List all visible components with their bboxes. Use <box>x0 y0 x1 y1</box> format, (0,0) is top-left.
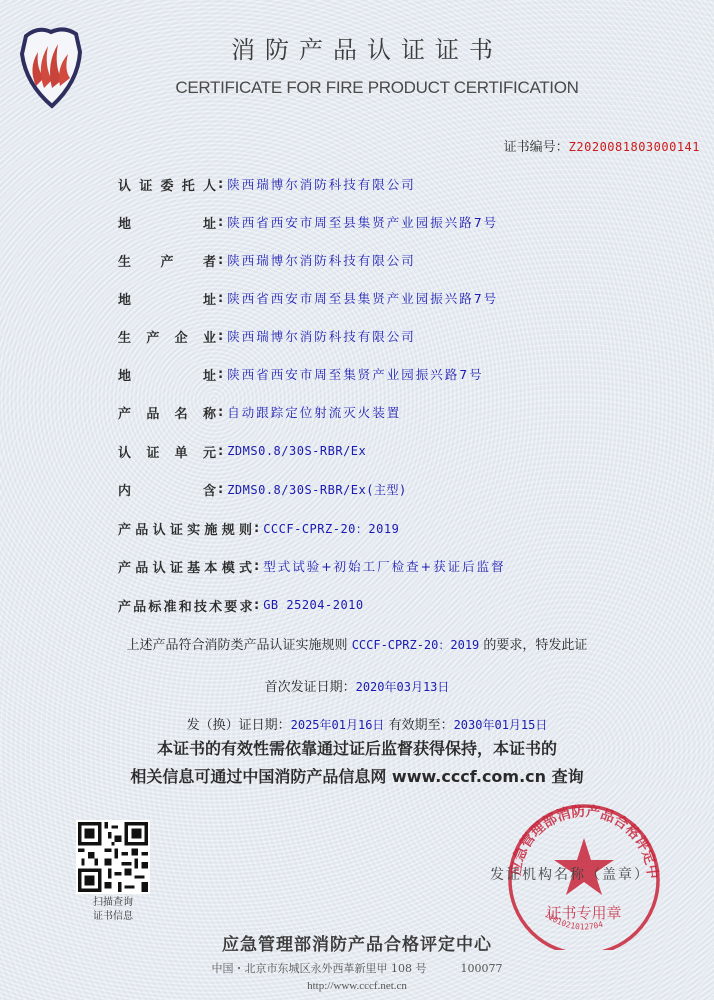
field-label: 生产企业 <box>118 327 216 346</box>
field-cert-mode: 产品认证基本模式:型式试验+初始工厂检查+获证后监督 <box>118 555 506 577</box>
issuing-organization: 应急管理部消防产品合格评定中心 <box>0 930 714 955</box>
first-issue-value: 2020年03月13日 <box>356 680 450 694</box>
statement-prefix: 上述产品符合消防类产品认证实施规则 <box>127 638 352 653</box>
field-colon: : <box>254 559 259 574</box>
field-colon: : <box>218 177 223 192</box>
field-label: 认证单元 <box>118 442 216 461</box>
field-label: 产品认证实施规则 <box>118 519 252 538</box>
qr-caption-line2: 证书信息 <box>76 910 150 924</box>
validity-note-line2: 相关信息可通过中国消防产品信息网 www.cccf.com.cn 查询 <box>0 764 714 787</box>
organization-address: 中国・北京市东城区永外西革新里甲 108 号100077 <box>0 960 714 976</box>
issue-date-label: 发（换）证日期： <box>187 718 291 733</box>
statement-suffix: 的要求，特发此证 <box>479 638 587 653</box>
field-colon: : <box>218 482 223 497</box>
field-colon: : <box>218 215 223 230</box>
field-label: 产品名称 <box>118 403 216 422</box>
field-applicant: 认证委托人:陕西瑞博尔消防科技有限公司 <box>118 173 416 195</box>
qr-code[interactable] <box>76 820 150 894</box>
field-colon: : <box>218 444 223 459</box>
field-value: ZDMS0.8/30S-RBR/Ex(主型) <box>227 481 407 498</box>
field-label: 认证委托人 <box>118 175 216 194</box>
field-value: 陕西省西安市周至县集贤产业园振兴路7号 <box>227 213 498 231</box>
field-colon: : <box>254 521 259 536</box>
field-label: 生产者 <box>118 251 216 270</box>
field-cert-unit: 认证单元:ZDMS0.8/30S-RBR/Ex <box>118 440 366 462</box>
address-text: 中国・北京市东城区永外西革新里甲 108 号 <box>212 962 427 975</box>
field-value: ZDMS0.8/30S-RBR/Ex <box>227 444 366 458</box>
field-label: 内含 <box>118 480 216 499</box>
field-producer: 生产者:陕西瑞博尔消防科技有限公司 <box>118 249 416 271</box>
field-value: GB 25204-2010 <box>263 598 363 612</box>
first-issue-date: 首次发证日期：2020年03月13日 <box>0 676 714 695</box>
certificate-number-value: Z2020081803000141 <box>569 140 700 154</box>
first-issue-label: 首次发证日期： <box>265 680 356 695</box>
field-label: 产品标准和技术要求 <box>118 596 252 615</box>
field-standard: 产品标准和技术要求:GB 25204-2010 <box>118 594 364 616</box>
field-manufacturer-address: 地址:陕西省西安市周至集贤产业园振兴路7号 <box>118 363 484 385</box>
validity-note-line1: 本证书的有效性需依靠通过证后监督获得保持，本证书的 <box>0 736 714 759</box>
field-value: CCCF-CPRZ-20：2019 <box>263 520 399 537</box>
field-label: 产品认证基本模式 <box>118 557 252 576</box>
statement-rule: CCCF-CPRZ-20：2019 <box>352 638 480 652</box>
field-value: 型式试验+初始工厂检查+获证后监督 <box>263 557 505 575</box>
field-colon: : <box>218 291 223 306</box>
field-colon: : <box>218 253 223 268</box>
certificate-number: 证书编号：Z2020081803000141 <box>504 136 700 155</box>
field-colon: : <box>218 367 223 382</box>
field-label: 地址 <box>118 213 216 232</box>
valid-until-value: 2030年01月15日 <box>454 718 548 732</box>
field-value: 陕西省西安市周至县集贤产业园振兴路7号 <box>227 289 498 307</box>
field-value: 自动跟踪定位射流灭火装置 <box>227 403 401 421</box>
certificate-title-cn: 消防产品认证证书 <box>0 30 714 65</box>
field-producer-address: 地址:陕西省西安市周至县集贤产业园振兴路7号 <box>118 287 498 309</box>
zip-code: 100077 <box>461 962 503 975</box>
field-colon: : <box>218 405 223 420</box>
valid-until-label: 有效期至： <box>384 718 453 733</box>
certificate-title-en: CERTIFICATE FOR FIRE PRODUCT CERTIFICATI… <box>0 78 714 98</box>
field-colon: : <box>254 598 259 613</box>
field-value: 陕西瑞博尔消防科技有限公司 <box>227 175 416 193</box>
field-applicant-address: 地址:陕西省西安市周至县集贤产业园振兴路7号 <box>118 211 498 233</box>
certificate-number-label: 证书编号： <box>504 140 569 155</box>
field-value: 陕西瑞博尔消防科技有限公司 <box>227 251 416 269</box>
field-product-name: 产品名称:自动跟踪定位射流灭火装置 <box>118 401 401 423</box>
field-contains: 内含:ZDMS0.8/30S-RBR/Ex(主型) <box>118 478 407 500</box>
issue-dates: 发（换）证日期：2025年01月16日 有效期至：2030年01月15日 <box>0 714 714 733</box>
field-colon: : <box>218 329 223 344</box>
issuer-name-placeholder: 发证机构名称（盖章） <box>490 864 650 884</box>
field-manufacturer: 生产企业:陕西瑞博尔消防科技有限公司 <box>118 325 416 347</box>
conformity-statement: 上述产品符合消防类产品认证实施规则 CCCF-CPRZ-20：2019 的要求，… <box>0 634 714 653</box>
field-label: 地址 <box>118 289 216 308</box>
qr-caption-line1: 扫描查询 <box>76 896 150 910</box>
field-label: 地址 <box>118 365 216 384</box>
field-value: 陕西瑞博尔消防科技有限公司 <box>227 327 416 345</box>
issue-date-value: 2025年01月16日 <box>291 718 385 732</box>
qr-caption: 扫描查询 证书信息 <box>76 896 150 924</box>
organization-url[interactable]: http://www.cccf.net.cn <box>0 980 714 992</box>
field-implementation-rule: 产品认证实施规则:CCCF-CPRZ-20：2019 <box>118 517 399 539</box>
field-value: 陕西省西安市周至集贤产业园振兴路7号 <box>227 365 483 383</box>
